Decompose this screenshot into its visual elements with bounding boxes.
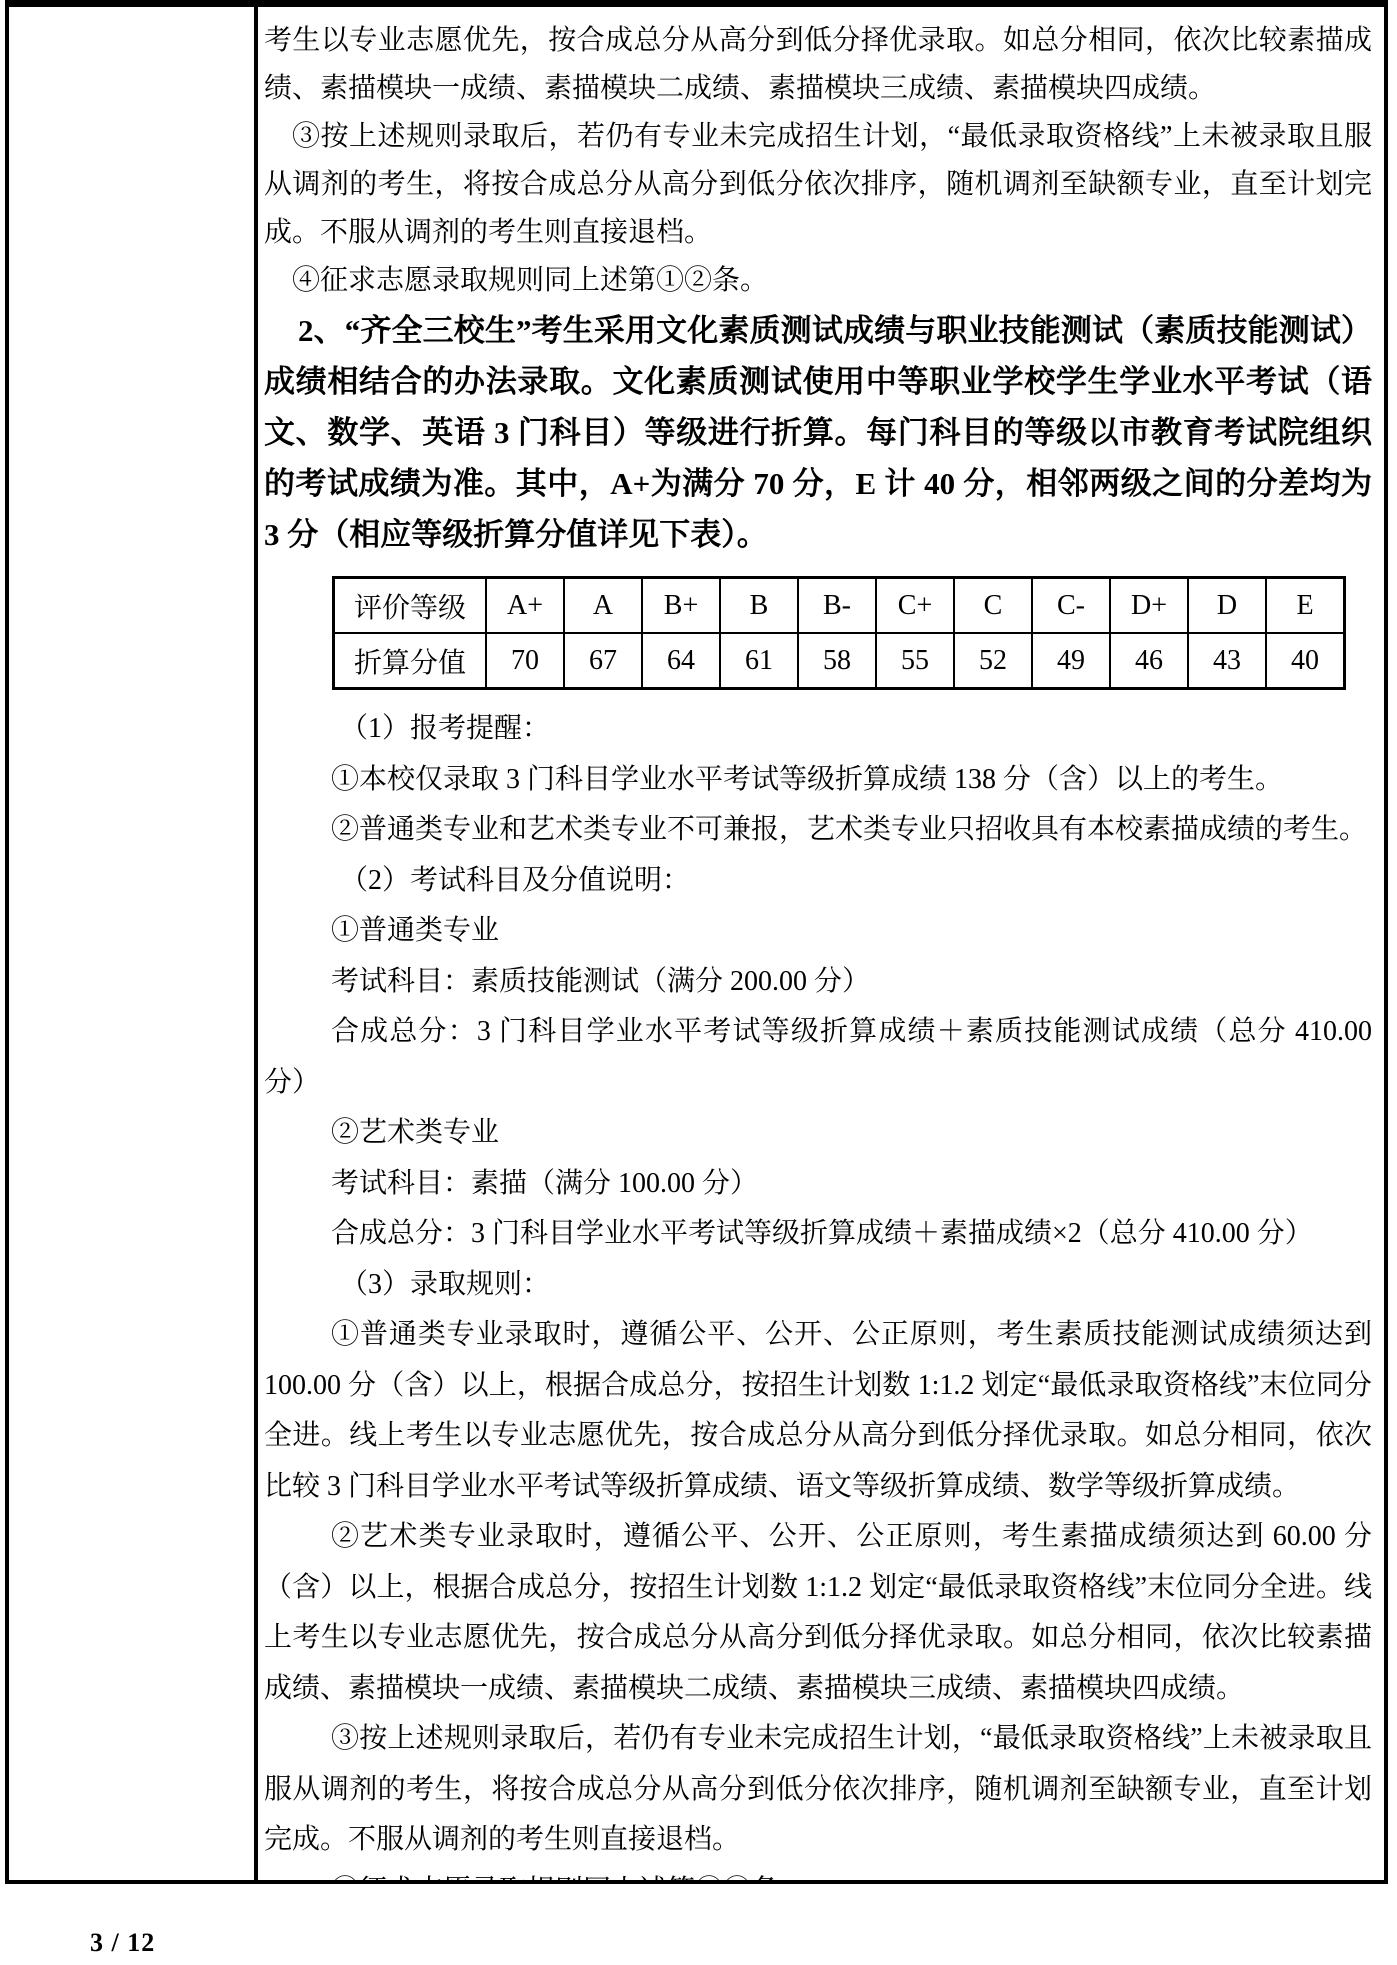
paragraph: 合成总分：3 门科目学业水平考试等级折算成绩＋素质技能测试成绩（总分 410.0…	[264, 1007, 1372, 1108]
paragraph: 考试科目：素质技能测试（满分 200.00 分）	[264, 957, 1372, 1008]
grade-cell: B+	[642, 578, 720, 634]
paragraph: （2）考试科目及分值说明：	[264, 856, 1372, 907]
value-cell: 46	[1110, 633, 1188, 689]
grade-cell: B	[720, 578, 798, 634]
paragraph: （3）录取规则：	[264, 1260, 1372, 1311]
table-row: 折算分值7067646158555249464340	[334, 633, 1345, 689]
paragraph: 2、“齐全三校生”考生采用文化素质测试成绩与职业技能测试（素质技能测试）成绩相结…	[264, 305, 1372, 560]
paragraph: ④征求志愿录取规则同上述第①②条。	[264, 1866, 1372, 1881]
paragraph: ①本校仅录取 3 门科目学业水平考试等级折算成绩 138 分（含）以上的考生。	[264, 755, 1372, 806]
grade-conversion-table: 评价等级A+AB+BB-C+CC-D+DE折算分值706764615855524…	[332, 576, 1346, 690]
value-cell: 40	[1266, 633, 1345, 689]
grade-cell: D+	[1110, 578, 1188, 634]
grade-row-header: 评价等级	[334, 578, 487, 634]
paragraph: ②艺术类专业	[264, 1108, 1372, 1159]
paragraph: ③按上述规则录取后，若仍有专业未完成招生计划，“最低录取资格线”上未被录取且服从…	[264, 1714, 1372, 1866]
grade-cell: E	[1266, 578, 1345, 634]
table-left-cell-empty	[9, 7, 258, 1880]
document-table-frame: 考生以专业志愿优先，按合成总分从高分到低分择优录取。如总分相同，依次比较素描成绩…	[5, 0, 1388, 1884]
value-cell: 55	[876, 633, 954, 689]
paragraph: ②艺术类专业录取时，遵循公平、公开、公正原则，考生素描成绩须达到 60.00 分…	[264, 1512, 1372, 1714]
paragraph: ②普通类专业和艺术类专业不可兼报，艺术类专业只招收具有本校素描成绩的考生。	[264, 805, 1372, 856]
paragraph: 考生以专业志愿优先，按合成总分从高分到低分择优录取。如总分相同，依次比较素描成绩…	[264, 17, 1372, 113]
paragraph: 合成总分：3 门科目学业水平考试等级折算成绩＋素描成绩×2（总分 410.00 …	[264, 1209, 1372, 1260]
grade-cell: C-	[1032, 578, 1110, 634]
value-cell: 49	[1032, 633, 1110, 689]
table-right-cell: 考生以专业志愿优先，按合成总分从高分到低分择优录取。如总分相同，依次比较素描成绩…	[258, 7, 1384, 1880]
value-cell: 70	[486, 633, 564, 689]
paragraph: 考试科目：素描（满分 100.00 分）	[264, 1159, 1372, 1210]
value-cell: 67	[564, 633, 642, 689]
grade-cell: B-	[798, 578, 876, 634]
grade-cell: C+	[876, 578, 954, 634]
content-blocks: 考生以专业志愿优先，按合成总分从高分到低分择优录取。如总分相同，依次比较素描成绩…	[264, 17, 1372, 1880]
grade-cell: C	[954, 578, 1032, 634]
value-cell: 43	[1188, 633, 1266, 689]
value-row-header: 折算分值	[334, 633, 487, 689]
grade-cell: D	[1188, 578, 1266, 634]
value-cell: 61	[720, 633, 798, 689]
value-cell: 58	[798, 633, 876, 689]
paragraph: ①普通类专业录取时，遵循公平、公开、公正原则，考生素质技能测试成绩须达到 100…	[264, 1310, 1372, 1512]
value-cell: 64	[642, 633, 720, 689]
paragraph: （1）报考提醒：	[264, 704, 1372, 755]
grade-cell: A	[564, 578, 642, 634]
paragraph: ①普通类专业	[264, 906, 1372, 957]
table-row: 评价等级A+AB+BB-C+CC-D+DE	[334, 578, 1345, 634]
value-cell: 52	[954, 633, 1032, 689]
paragraph: ④征求志愿录取规则同上述第①②条。	[264, 257, 1372, 305]
paragraph: ③按上述规则录取后，若仍有专业未完成招生计划，“最低录取资格线”上未被录取且服从…	[264, 113, 1372, 257]
page-number: 3 / 12	[90, 1928, 155, 1958]
grade-cell: A+	[486, 578, 564, 634]
